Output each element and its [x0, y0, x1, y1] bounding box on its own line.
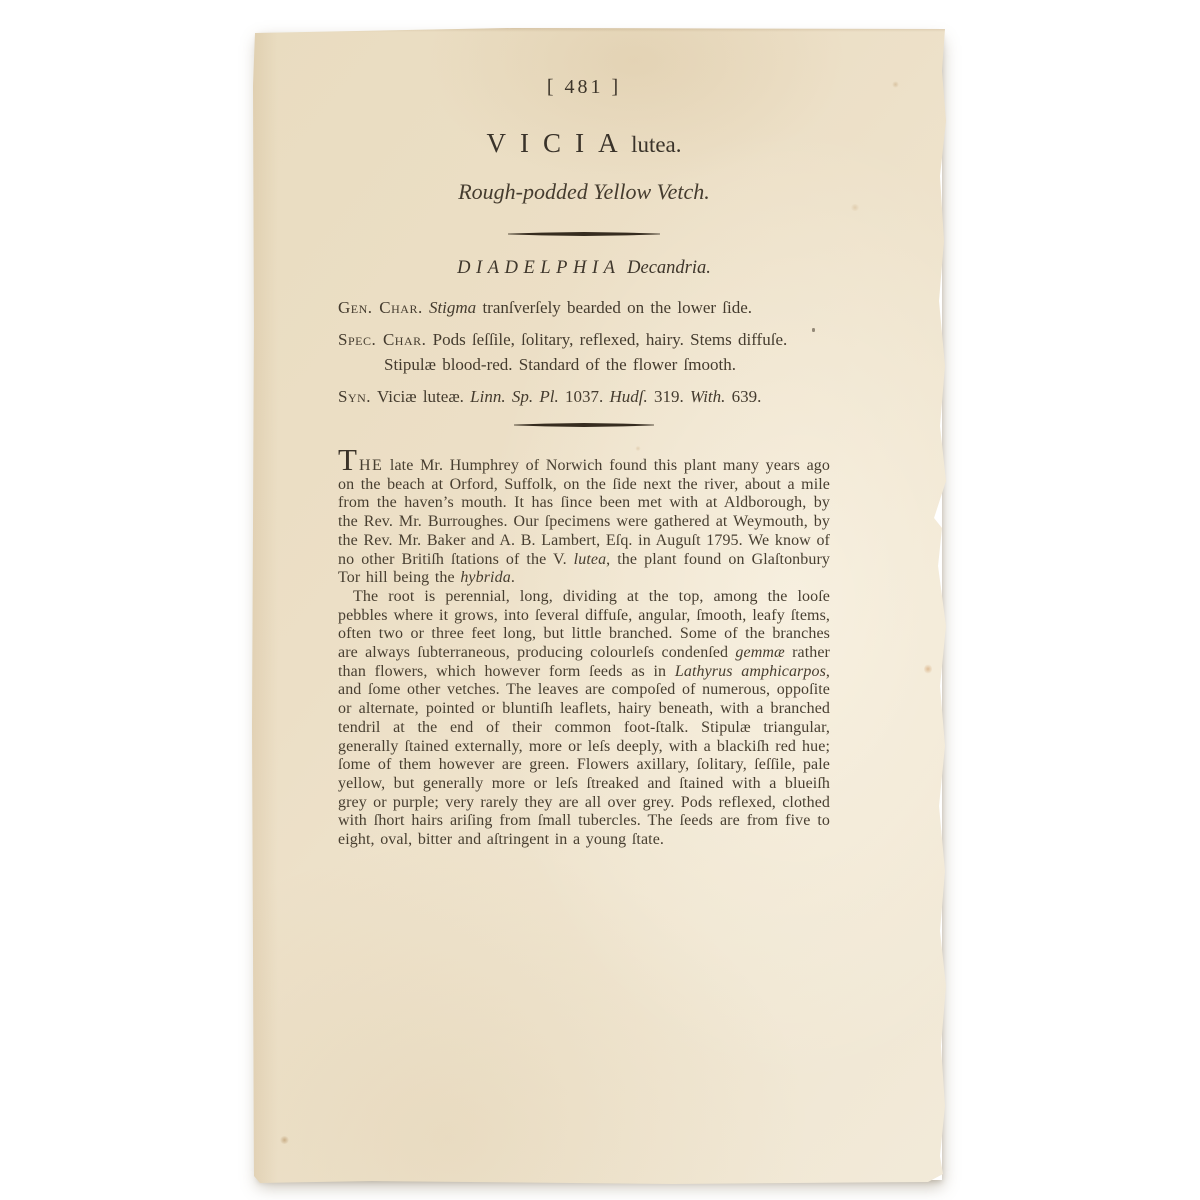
foxing-stain	[892, 81, 899, 88]
body-segment-italic: Lathyrus amphicarpos	[675, 663, 826, 680]
class-order: DIADELPHIA	[457, 258, 620, 278]
syn-ref-withering: With.	[690, 387, 725, 406]
common-name: Rough-podded Yellow Vetch.	[338, 179, 830, 205]
page-number: [ 481 ]	[338, 76, 830, 99]
syn-ref-hudson-num: 319.	[648, 387, 690, 406]
synonyms: Syn. Viciæ luteæ. Linn. Sp. Pl. 1037. Hu…	[338, 384, 830, 410]
generic-character: Gen. Char. Stigma tranſverſely bearded o…	[338, 295, 830, 321]
foxing-stain	[850, 204, 860, 211]
page-title: VICIAlutea.	[338, 123, 830, 160]
syn-ref-withering-num: 639.	[725, 387, 761, 406]
species-name: lutea.	[631, 132, 681, 157]
swelled-rule-bottom	[514, 423, 654, 427]
body-segment: .	[511, 569, 515, 586]
class-name: Decandria.	[627, 258, 711, 278]
gen-char-text: tranſverſely bearded on the lower ſide.	[476, 298, 752, 317]
spec-char-text: Pods ſeſſile, ſolitary, reflexed, hairy.…	[384, 330, 787, 375]
lead-caps: HE	[359, 457, 383, 474]
body-segment-italic: gemmæ	[735, 644, 784, 661]
classification-line: DIADELPHIA Decandria.	[338, 258, 830, 279]
paragraph-description: The root is perennial, long, dividing at…	[338, 588, 830, 850]
specific-character: Spec. Char. Pods ſeſſile, ſolitary, refl…	[338, 327, 830, 378]
drop-cap: T	[338, 442, 359, 477]
scan-background: [ 481 ] VICIAlutea. Rough-podded Yellow …	[0, 0, 1200, 1200]
syn-name: Viciæ luteæ.	[371, 387, 470, 406]
body-segment-italic: hybrida	[460, 569, 510, 586]
spec-char-label: Spec. Char.	[338, 330, 426, 349]
body-segment: , and ſome other vetches. The leaves are…	[338, 663, 830, 848]
body-segment-italic: lutea	[574, 551, 607, 568]
gen-char-label: Gen. Char.	[338, 298, 423, 317]
syn-label: Syn.	[338, 387, 371, 406]
paragraph-discovery: THE late Mr. Humphrey of Norwich found t…	[338, 451, 830, 588]
syn-ref-linnaeus-num: 1037.	[559, 387, 610, 406]
foxing-stain	[924, 664, 932, 674]
swelled-rule-top	[508, 232, 660, 236]
book-page: [ 481 ] VICIAlutea. Rough-podded Yellow …	[252, 26, 948, 1184]
genus-name: VICIA	[486, 128, 631, 158]
page-content: [ 481 ] VICIAlutea. Rough-podded Yellow …	[338, 26, 830, 850]
syn-ref-hudson: Hudſ.	[609, 387, 647, 406]
foxing-stain	[280, 1136, 289, 1144]
syn-ref-linnaeus: Linn. Sp. Pl.	[470, 387, 559, 406]
gen-char-term: Stigma	[423, 298, 476, 317]
body-text: THE late Mr. Humphrey of Norwich found t…	[338, 451, 830, 850]
